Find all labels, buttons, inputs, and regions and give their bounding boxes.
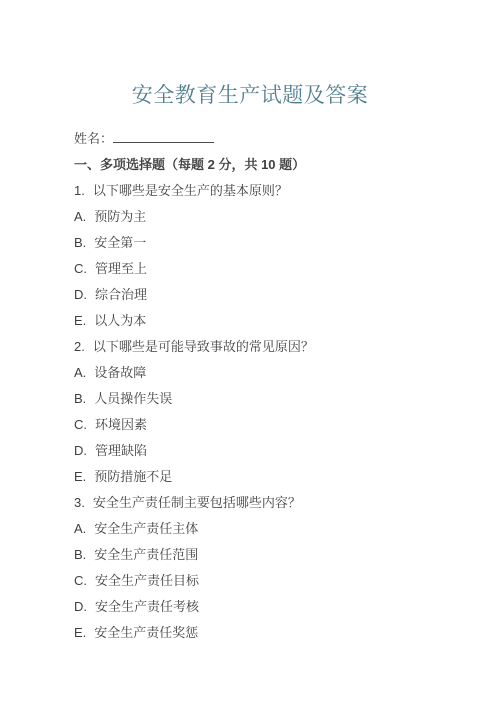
question-3-option-c: C.安全生产责任目标 [74,568,470,594]
option-letter: D. [74,438,87,464]
document-page: 安全教育生产试题及答案 姓名： 一、多项选择题（每题 2 分，共 10 题） 1… [0,0,500,707]
option-letter: B. [74,542,86,568]
section-heading: 一、多项选择题（每题 2 分，共 10 题） [74,152,470,178]
page-title: 安全教育生产试题及答案 [0,0,500,109]
document-body: 姓名： 一、多项选择题（每题 2 分，共 10 题） 1.以下哪些是安全生产的基… [74,126,470,646]
question-2-option-d: D.管理缺陷 [74,438,470,464]
option-letter: C. [74,412,87,438]
option-letter: B. [74,386,86,412]
option-text: 安全生产责任奖惩 [94,625,198,640]
option-letter: C. [74,568,87,594]
question-2-option-b: B.人员操作失误 [74,386,470,412]
question-text: 安全生产责任制主要包括哪些内容？ [93,495,301,510]
option-text: 以人为本 [94,313,146,328]
option-letter: A. [74,360,86,386]
question-2-option-a: A.设备故障 [74,360,470,386]
option-letter: A. [74,204,86,230]
question-1-option-d: D.综合治理 [74,282,470,308]
option-text: 安全第一 [94,235,146,250]
option-letter: D. [74,594,87,620]
question-1-option-c: C.管理至上 [74,256,470,282]
option-text: 管理至上 [95,261,147,276]
option-text: 安全生产责任目标 [95,573,199,588]
option-text: 预防措施不足 [94,469,172,484]
option-letter: B. [74,230,86,256]
question-3-option-b: B.安全生产责任范围 [74,542,470,568]
question-1-option-e: E.以人为本 [74,308,470,334]
question-2-option-e: E.预防措施不足 [74,464,470,490]
question-1-option-b: B.安全第一 [74,230,470,256]
option-letter: C. [74,256,87,282]
name-blank-line [113,128,214,143]
option-text: 环境因素 [95,417,147,432]
question-number: 1. [74,178,85,204]
question-number: 2. [74,334,85,360]
question-3-option-d: D.安全生产责任考核 [74,594,470,620]
option-text: 综合治理 [95,287,147,302]
name-label: 姓名： [74,126,113,152]
option-text: 人员操作失误 [94,391,172,406]
option-letter: E. [74,620,86,646]
question-3-option-e: E.安全生产责任奖惩 [74,620,470,646]
question-3-option-a: A.安全生产责任主体 [74,516,470,542]
option-text: 管理缺陷 [95,443,147,458]
question-text: 以下哪些是安全生产的基本原则？ [93,183,288,198]
option-letter: E. [74,464,86,490]
option-letter: A. [74,516,86,542]
name-field: 姓名： [74,126,470,152]
option-letter: D. [74,282,87,308]
question-1-option-a: A.预防为主 [74,204,470,230]
option-text: 安全生产责任考核 [95,599,199,614]
option-text: 设备故障 [94,365,146,380]
option-text: 安全生产责任主体 [94,521,198,536]
option-text: 预防为主 [94,209,146,224]
question-1: 1.以下哪些是安全生产的基本原则？ [74,178,470,204]
question-3: 3.安全生产责任制主要包括哪些内容？ [74,490,470,516]
option-letter: E. [74,308,86,334]
question-2: 2.以下哪些是可能导致事故的常见原因？ [74,334,470,360]
question-2-option-c: C.环境因素 [74,412,470,438]
question-text: 以下哪些是可能导致事故的常见原因？ [93,339,314,354]
option-text: 安全生产责任范围 [94,547,198,562]
question-number: 3. [74,490,85,516]
